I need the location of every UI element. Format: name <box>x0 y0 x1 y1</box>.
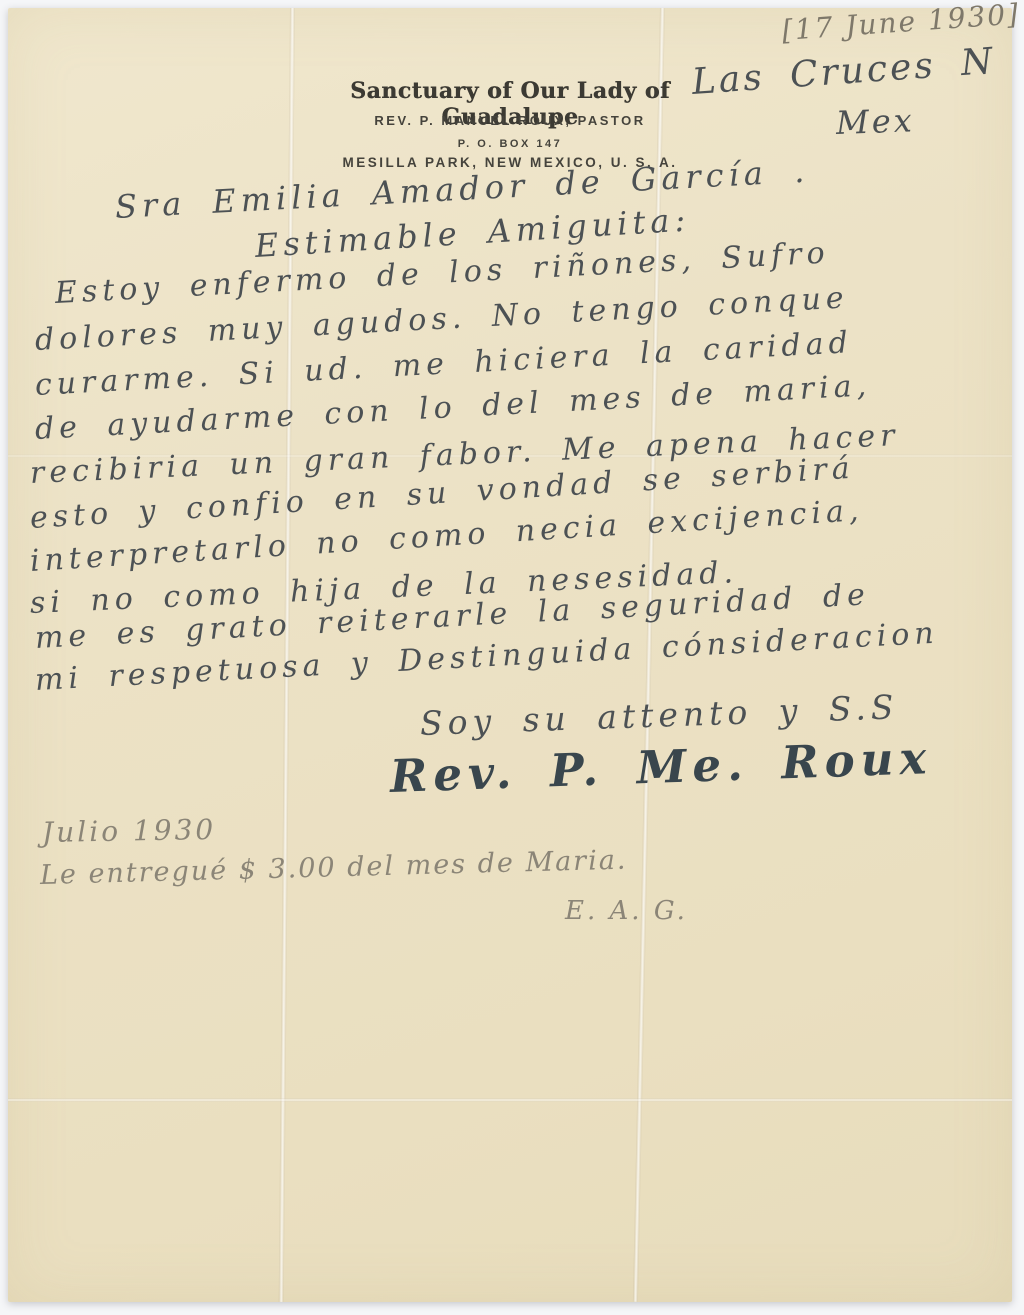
place-dateline-line2: Mex <box>835 101 915 142</box>
letterhead-po-box: P. O. BOX 147 <box>360 138 660 150</box>
receipt-note-date: Julio 1930 <box>42 813 217 849</box>
letterhead-pastor: REV. P. MANUEL ROUX, PASTOR <box>335 113 685 128</box>
letter-scan: [17 June 1930] Las Cruces N Mex Sanctuar… <box>0 0 1024 1315</box>
receipt-note-initials: E. A. G. <box>565 896 688 926</box>
horizontal-fold-crease-lower <box>8 1098 1012 1102</box>
